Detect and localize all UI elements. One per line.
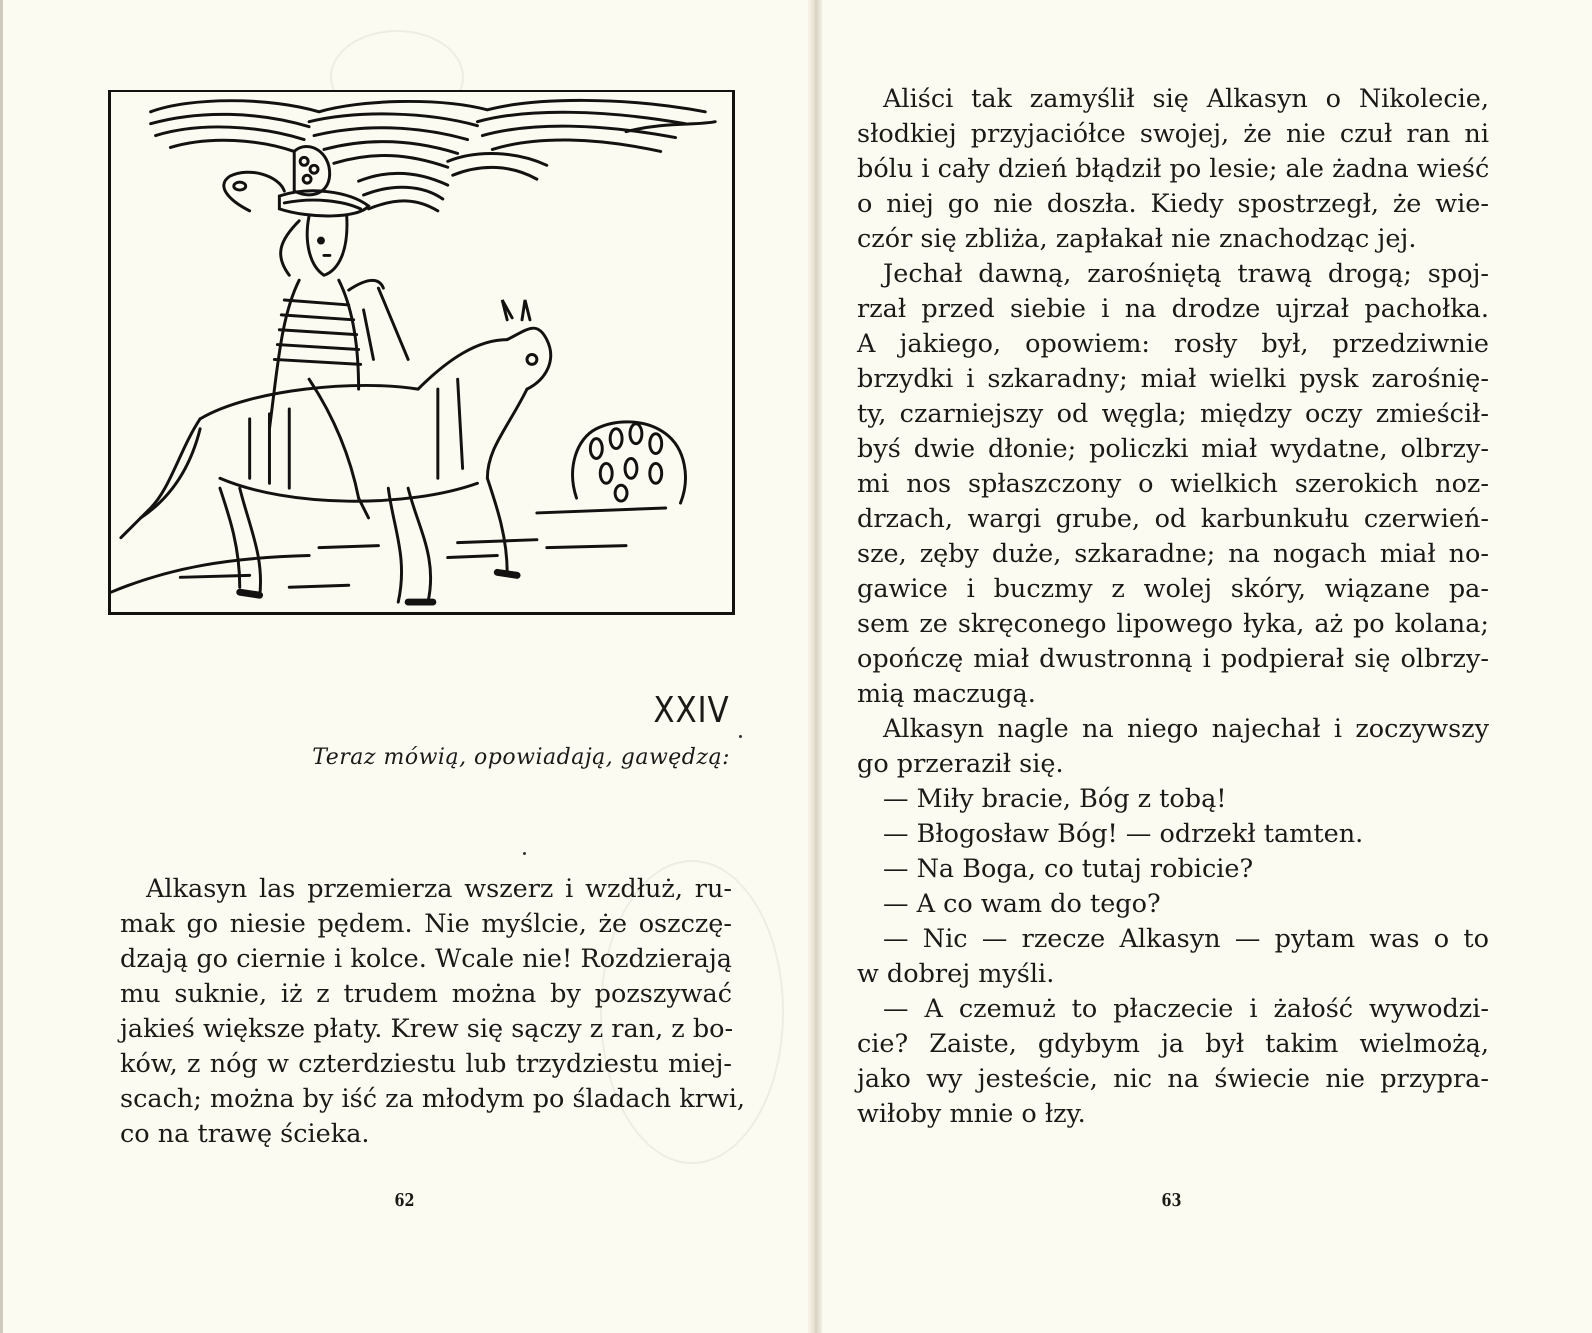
text-line: co na trawę ścieka.: [120, 1117, 732, 1152]
text-line: jako wy jesteście, nic na świecie nie pr…: [857, 1062, 1489, 1097]
left-page-paragraph: Alkasyn las przemierza wszerz i wzdłuż, …: [120, 872, 732, 1152]
text-line: Jechał dawną, zarośniętą trawą drogą; sp…: [857, 257, 1489, 292]
text-line: scach; można by iść za młodym po śladach…: [120, 1082, 732, 1117]
text-line: słodkiej przyjaciółce swojej, że nie czu…: [857, 117, 1489, 152]
text-line: — Miły bracie, Bóg z tobą!: [857, 782, 1489, 817]
print-speck: [739, 735, 742, 738]
right-page-text: Aliści tak zamyślił się Alkasyn o Nikole…: [857, 82, 1489, 1132]
text-line: czór się zbliża, zapłakał nie znachodząc…: [857, 222, 1489, 257]
text-line: opończę miał dwustronną i podpierał się …: [857, 642, 1489, 677]
text-line: Aliści tak zamyślił się Alkasyn o Nikole…: [857, 82, 1489, 117]
text-line: go przeraził się.: [857, 747, 1489, 782]
text-line: — A czemuż to płaczecie i żałość wywodzi…: [857, 992, 1489, 1027]
text-line: byś dwie dłonie; policzki miał wydatne, …: [857, 432, 1489, 467]
woodcut-illustration: [108, 90, 735, 615]
text-line: mu suknie, iż z trudem można by pozszywa…: [120, 977, 732, 1012]
text-line: drzach, wargi grube, od karbunkułu czerw…: [857, 502, 1489, 537]
text-line: — A co wam do tego?: [857, 887, 1489, 922]
text-line: bólu i cały dzień błądził po lesie; ale …: [857, 152, 1489, 187]
text-line: mią maczugą.: [857, 677, 1489, 712]
text-line: o niej go nie doszła. Kiedy spostrzegł, …: [857, 187, 1489, 222]
page-number: 63: [1162, 1190, 1182, 1211]
print-speck: [523, 852, 526, 855]
text-line: gawice i buczmy z wolej skóry, wiązane p…: [857, 572, 1489, 607]
right-page: Aliści tak zamyślił się Alkasyn o Nikole…: [822, 0, 1592, 1333]
text-line: ty, czarniejszy od węgla; między oczy zm…: [857, 397, 1489, 432]
text-line: jakieś większe płaty. Krew się sączy z r…: [120, 1012, 732, 1047]
text-line: wiłoby mnie o łzy.: [857, 1097, 1489, 1132]
chapter-subtitle: Teraz mówią, opowiadają, gawędzą:: [312, 745, 730, 770]
text-line: Alkasyn nagle na niego najechał i zoczyw…: [857, 712, 1489, 747]
text-line: — Nic — rzecze Alkasyn — pytam was o to: [857, 922, 1489, 957]
book-spread: XXIV Teraz mówią, opowiadają, gawędzą: A…: [0, 0, 1592, 1333]
left-page: XXIV Teraz mówią, opowiadają, gawędzą: A…: [0, 0, 808, 1333]
book-spine: [808, 0, 822, 1333]
text-line: sem ze skręconego lipowego łyka, aż po k…: [857, 607, 1489, 642]
text-line: w dobrej myśli.: [857, 957, 1489, 992]
text-line: — Błogosław Bóg! — odrzekł tamten.: [857, 817, 1489, 852]
text-line: mak go niesie pędem. Nie myślcie, że osz…: [120, 907, 732, 942]
text-line: A jakiego, opowiem: rosły był, przedziwn…: [857, 327, 1489, 362]
text-line: dzają go ciernie i kolce. Wcale nie! Roz…: [120, 942, 732, 977]
text-line: mi nos spłaszczony o wielkich szerokich …: [857, 467, 1489, 502]
text-line: rzał przed siebie i na drodze ujrzał pac…: [857, 292, 1489, 327]
text-line: — Na Boga, co tutaj robicie?: [857, 852, 1489, 887]
chapter-number: XXIV: [654, 690, 730, 731]
text-line: Alkasyn las przemierza wszerz i wzdłuż, …: [120, 872, 732, 907]
text-line: sze, zęby duże, szkaradne; na nogach mia…: [857, 537, 1489, 572]
rider-on-horse-illustration: [111, 92, 732, 612]
text-line: cie? Zaiste, gdybym ja był takim wielmoż…: [857, 1027, 1489, 1062]
text-line: ków, z nóg w czterdziestu lub trzydziest…: [120, 1047, 732, 1082]
page-number: 62: [395, 1190, 415, 1211]
text-line: brzydki i szkaradny; miał wielki pysk za…: [857, 362, 1489, 397]
